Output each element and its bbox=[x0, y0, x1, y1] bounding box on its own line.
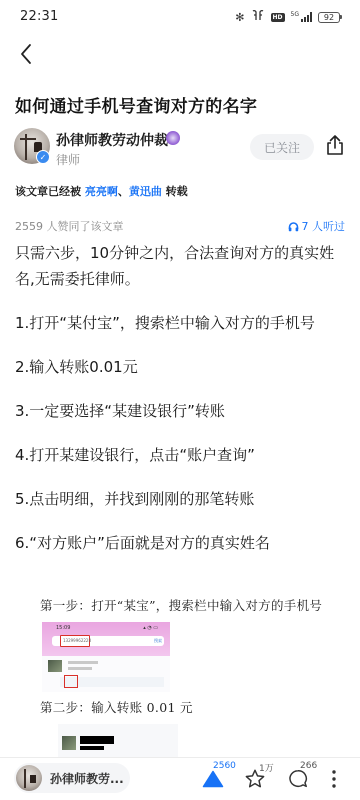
stats-row: 2559 人赞同了该文章 7 人听过 bbox=[15, 218, 345, 234]
repost-notice: 该文章已经被 亮亮啊、黄迅曲 转载 bbox=[15, 183, 188, 199]
article-title: 如何通过手机号查询对方的名字 bbox=[15, 92, 257, 117]
author-name[interactable]: 孙律师教劳动仲裁 bbox=[56, 130, 168, 150]
share-button[interactable] bbox=[324, 132, 346, 158]
screenshot-transfer-highlight bbox=[64, 675, 78, 688]
battery-level: 92 bbox=[318, 12, 340, 23]
bottom-action-bar: 孙律师教劳... 2560 1万 266 bbox=[0, 757, 360, 800]
paragraph: 1.打开“某付宝”，搜索栏中输入对方的手机号 bbox=[15, 310, 345, 336]
hd-icon: HD bbox=[271, 13, 285, 22]
bluetooth-icon: ✻ bbox=[235, 11, 244, 24]
follow-button[interactable]: 已关注 bbox=[250, 134, 314, 160]
more-vertical-icon bbox=[331, 769, 337, 789]
redaction-block bbox=[80, 736, 114, 744]
comment-button[interactable]: 266 bbox=[285, 766, 311, 792]
repost-user-link[interactable]: 黄迅曲 bbox=[129, 185, 162, 198]
paragraph: 2.输入转账0.01元 bbox=[15, 354, 345, 380]
avatar bbox=[16, 765, 42, 791]
listen-button[interactable]: 7 人听过 bbox=[288, 218, 346, 234]
share-icon bbox=[325, 134, 345, 156]
likes-count-text: 2559 人赞同了该文章 bbox=[15, 218, 124, 234]
paragraph: 3.一定要选择“某建设银行”转账 bbox=[15, 398, 345, 424]
author-medal-icon[interactable] bbox=[166, 131, 180, 145]
article-figure[interactable]: 第一步：打开“某宝”，搜索栏中输入对方的手机号 15:09 ▴ ◔ ▭ 1329… bbox=[40, 596, 330, 770]
screenshot-time: 15:09 bbox=[56, 625, 70, 631]
earbuds-icon bbox=[251, 10, 265, 24]
paragraph: 4.打开某建设银行，点击“账户查询” bbox=[15, 442, 345, 468]
listen-count: 7 人听过 bbox=[302, 218, 346, 234]
screenshot-search-button: 搜索 bbox=[154, 638, 162, 644]
status-bar: 22:31 ✻ HD 5G 92 bbox=[0, 0, 360, 34]
more-button[interactable] bbox=[326, 766, 342, 792]
headphones-icon bbox=[288, 221, 299, 232]
screenshot-signal-icon: ▴ ◔ ▭ bbox=[143, 625, 158, 631]
screenshot-phone-highlight: 13299962228 bbox=[60, 635, 90, 647]
repost-prefix: 该文章已经被 bbox=[15, 185, 85, 198]
author-role: 律师 bbox=[56, 151, 80, 168]
comment-bubble-icon bbox=[287, 768, 309, 790]
favorite-count: 1万 bbox=[259, 761, 274, 774]
status-icons: ✻ HD 5G 92 bbox=[235, 10, 342, 24]
paragraph: 6.“对方账户”后面就是对方的真实姓名 bbox=[15, 530, 345, 556]
chevron-left-icon bbox=[19, 43, 33, 65]
figure-caption: 第一步：打开“某宝”，搜索栏中输入对方的手机号 bbox=[40, 596, 330, 614]
figure-caption: 第二步：输入转账 0.01 元 bbox=[40, 698, 330, 716]
back-button[interactable] bbox=[14, 40, 38, 68]
battery-icon: 92 bbox=[318, 12, 342, 23]
author-row: ✓ 孙律师教劳动仲裁 律师 已关注 bbox=[14, 128, 346, 170]
comment-count: 266 bbox=[300, 761, 317, 771]
screenshot-step-1: 15:09 ▴ ◔ ▭ 13299962228 搜索 bbox=[42, 622, 170, 692]
status-time: 22:31 bbox=[20, 9, 58, 24]
upvote-count: 2560 bbox=[213, 761, 236, 771]
article-body: 只需六步，10分钟之内，合法查询对方的真实姓名,无需委托律师。 1.打开“某付宝… bbox=[15, 240, 345, 574]
verified-badge-icon: ✓ bbox=[36, 150, 50, 164]
5g-signal-icon: 5G bbox=[291, 12, 312, 22]
repost-separator: 、 bbox=[118, 185, 129, 198]
paragraph: 5.点击明细，并找到刚刚的那笔转账 bbox=[15, 486, 345, 512]
repost-suffix: 转载 bbox=[162, 185, 188, 198]
upvote-button[interactable]: 2560 bbox=[200, 766, 226, 792]
upvote-triangle-icon bbox=[202, 770, 224, 788]
author-avatar[interactable]: ✓ bbox=[14, 128, 54, 168]
repost-user-link[interactable]: 亮亮啊 bbox=[85, 185, 118, 198]
redaction-block bbox=[80, 746, 104, 750]
favorite-button[interactable]: 1万 bbox=[242, 766, 268, 792]
paragraph: 只需六步，10分钟之内，合法查询对方的真实姓名,无需委托律师。 bbox=[15, 240, 345, 292]
author-chip-name: 孙律师教劳... bbox=[50, 770, 124, 787]
author-chip[interactable]: 孙律师教劳... bbox=[14, 763, 130, 793]
